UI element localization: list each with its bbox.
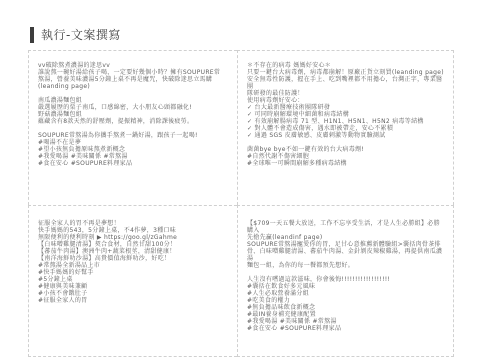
new-soup-launch-copy-text: 征服全家人的胃不再是夢想！ 快手媽媽的543，5分鐘上桌，不4作夢，3種口味 無… — [38, 220, 228, 304]
new-soup-copy-rest: 【白味噌雞腿清湯】契合食材，自然甘甜100分！ 【蕃茄牛肉湯】澳洲牛肉+蔬菜根莖… — [38, 241, 176, 304]
promo-short-link[interactable]: https://goo.gl/zGahme — [104, 234, 177, 241]
soup-myth-copy-text: vv破除熬煮濃湯的迷思vv 誰說熬一碗好湯給孩子喝，一定要好幾個小時？擁有SOU… — [38, 62, 228, 167]
title-accent-bar — [30, 27, 34, 43]
section-header: 執行-文案撰寫 — [30, 26, 121, 43]
copy-quadrant-grid: vv破除熬煮濃湯的迷思vv 誰說熬一碗好湯給孩子喝，一定要好幾個小時？擁有SOU… — [28, 50, 454, 357]
quadrant-soup-myth-copy: vv破除熬煮濃湯的迷思vv 誰說熬一碗好湯給孩子喝，一定要好幾個小時？擁有SOU… — [28, 50, 237, 205]
quadrant-virus-spray-copy: ＊不存在的病毒 媽媽好安心＊ 只要一鍵台大病毒劑，病毒都崩解！原廠正貨立刻買(l… — [237, 50, 454, 205]
page-title: 執行-文案撰寫 — [41, 26, 121, 43]
meal-deal-copy-text: 【$709一天五餐大放送，工作不忘享受生活，才是人生必勝組】必勝購入 先搶先贏(… — [247, 220, 444, 332]
quadrant-new-soup-launch-copy: 征服全家人的胃不再是夢想！ 快手媽媽的543，5分鐘上桌，不4作夢，3種口味 無… — [28, 205, 237, 357]
quadrant-meal-deal-copy: 【$709一天五餐大放送，工作不忘享受生活，才是人生必勝組】必勝購入 先搶先贏(… — [237, 205, 454, 357]
copywriting-document-page: 執行-文案撰寫 vv破除熬煮濃湯的迷思vv 誰說熬一碗好湯給孩子喝，一定要好幾個… — [0, 0, 480, 360]
virus-spray-copy-text: ＊不存在的病毒 媽媽好安心＊ 只要一鍵台大病毒劑，病毒都崩解！原廠正貨立刻買(l… — [247, 62, 444, 167]
